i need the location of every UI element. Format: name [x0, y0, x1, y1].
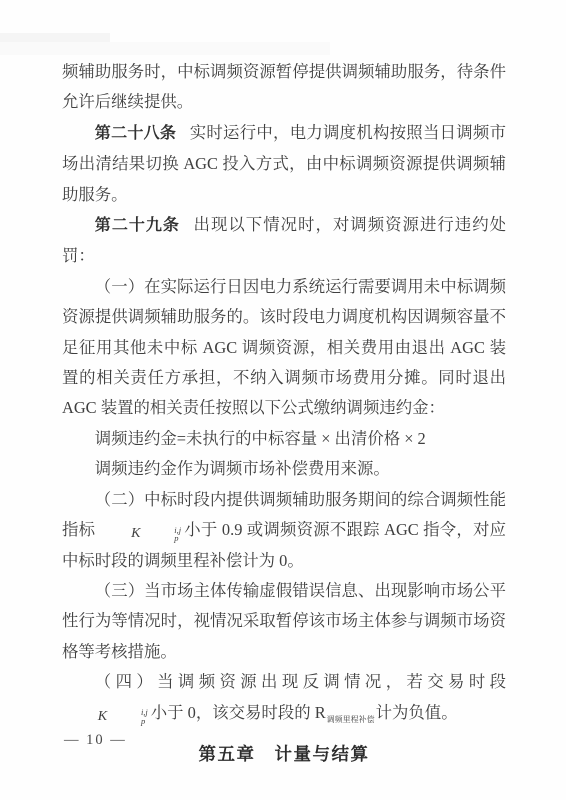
kp-base: K: [98, 527, 140, 541]
document-body: 频辅助服务时，中标调频资源暂停提供调频辅助服务，待条件允许后继续提供。 第二十八…: [62, 57, 506, 769]
item-4-text-after: 小于 0，该交易时段的 R: [151, 703, 326, 722]
article-29-label: 第二十九条: [95, 217, 180, 234]
scan-artifact: [0, 33, 110, 53]
kp-base: K: [65, 710, 107, 724]
item-4-text-tail: 计为负值。: [376, 703, 458, 722]
paragraph-item-3: （三）当市场主体传输虚假错误信息、出现影响市场公平性行为等情况时，视情况采取暂停…: [62, 576, 506, 667]
paragraph-article-28: 第二十八条实时运行中，电力调度机构按照当日调频市场出清结果切换 AGC 投入方式…: [62, 118, 506, 210]
paragraph-item-2: （二）中标时段内提供调频辅助服务期间的综合调频性能指标Ki,jp小于 0.9 或…: [62, 485, 506, 576]
kp-subscript: p: [141, 534, 181, 543]
paragraph-formula-note: 调频违约金作为调频市场补偿费用来源。: [62, 454, 506, 484]
paragraph-formula: 调频违约金=未执行的中标容量 × 出清价格 × 2: [62, 424, 506, 454]
page-number: — 10 —: [64, 732, 127, 749]
document-page: 频辅助服务时，中标调频资源暂停提供调频辅助服务，待条件允许后继续提供。 第二十八…: [0, 0, 566, 800]
kp-subscript: p: [108, 717, 148, 726]
r-mileage-compensation-subscript: 调频里程补偿: [327, 715, 375, 724]
paragraph-item-1: （一）在实际运行日因电力系统运行需要调用未中标调频资源提供调频辅助服务的。该时段…: [62, 272, 506, 424]
paragraph-item-4: （四）当调频资源出现反调情况，若交易时段Ki,jp小于 0，该交易时段的 R调频…: [62, 667, 506, 728]
paragraph-article-29: 第二十九条出现以下情况时，对调频资源进行违约处罚：: [62, 210, 506, 272]
kp-performance-indicator: Ki,jp: [98, 526, 181, 543]
paragraph-continuation: 频辅助服务时，中标调频资源暂停提供调频辅助服务，待条件允许后继续提供。: [62, 57, 506, 118]
kp-performance-indicator: Ki,jp: [65, 708, 148, 725]
item-4-text-before: （四）当调频资源出现反调情况，若交易时段: [95, 672, 506, 691]
article-28-label: 第二十八条: [95, 125, 176, 142]
scan-artifact: [0, 42, 330, 55]
chapter-heading: 第五章 计量与结算: [62, 739, 506, 769]
